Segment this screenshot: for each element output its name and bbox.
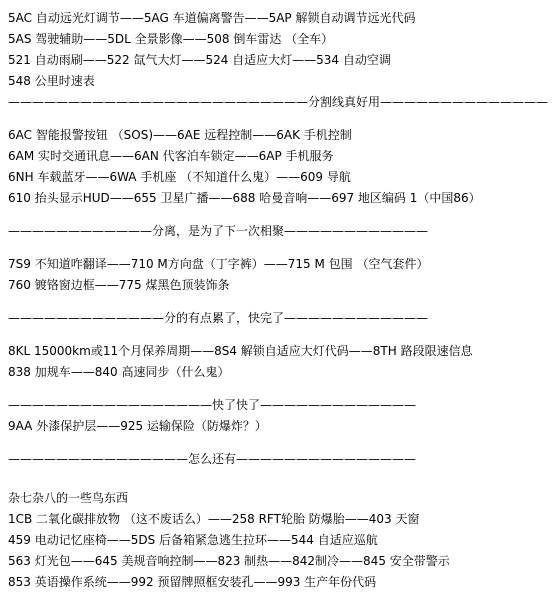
blank-line	[8, 383, 551, 395]
option-line: 5AS 驾驶辅助——5DL 全景影像——508 倒车雷达 （全车）	[8, 29, 551, 50]
option-line: 6AM 实时交通讯息——6AN 代客泊车锁定——6AP 手机服务	[8, 146, 551, 167]
blank-line	[8, 470, 551, 488]
section-divider: ———————————————怎么还有———————————————	[8, 449, 551, 470]
blank-line	[8, 209, 551, 221]
section-divider: —————————————————快了快了—————————————	[8, 395, 551, 416]
option-line: 7S9 不知道咋翻译——710 M方向盘（丁字裤）——715 M 包围 （空气套…	[8, 254, 551, 275]
option-line: 1CB 二氧化碳排放物 （这不废话么）——258 RFT轮胎 防爆胎——403 …	[8, 509, 551, 530]
option-line: 838 加规车——840 高速同步（什么鬼）	[8, 362, 551, 383]
blank-line	[8, 437, 551, 449]
option-line: 459 电动记忆座椅——5DS 后备箱紧急逃生拉环——544 自适应巡航	[8, 530, 551, 551]
blank-line	[8, 242, 551, 254]
option-line: 760 镀铬窗边框——775 煤黑色顶装饰条	[8, 275, 551, 296]
document-page: 5AC 自动远光灯调节——5AG 车道偏离警告——5AP 解锁自动调节远光代码 …	[0, 0, 555, 593]
blank-line	[8, 329, 551, 341]
section-divider: —————————————————————————分割线真好用—————————…	[8, 92, 551, 113]
section-divider: ————————————分离，是为了下一次相聚————————————	[8, 221, 551, 242]
section-heading: 杂七杂八的一些鸟东西	[8, 488, 551, 509]
option-line: 548 公里时速表	[8, 71, 551, 92]
section-divider: —————————————分的有点累了，快完了————————————	[8, 308, 551, 329]
option-line: 9AA 外漆保护层——925 运输保险（防爆炸？）	[8, 416, 551, 437]
option-line: 563 灯光包——645 美规音响控制——823 制热——842制冷——845 …	[8, 551, 551, 572]
option-line: 5AC 自动远光灯调节——5AG 车道偏离警告——5AP 解锁自动调节远光代码	[8, 8, 551, 29]
option-line: 610 抬头显示HUD——655 卫星广播——688 哈曼音响——697 地区编…	[8, 188, 551, 209]
blank-line	[8, 113, 551, 125]
option-line: 8KL 15000km或11个月保养周期——8S4 解锁自适应大灯代码——8TH…	[8, 341, 551, 362]
blank-line	[8, 296, 551, 308]
option-line: 6AC 智能报警按钮 （SOS)——6AE 远程控制——6AK 手机控制	[8, 125, 551, 146]
option-line: 853 英语操作系统——992 预留牌照框安装孔——993 生产年份代码	[8, 572, 551, 593]
option-line: 6NH 车载蓝牙——6WA 手机座 （不知道什么鬼）——609 导航	[8, 167, 551, 188]
option-line: 521 自动雨刷——522 氙气大灯——524 自适应大灯——534 自动空调	[8, 50, 551, 71]
